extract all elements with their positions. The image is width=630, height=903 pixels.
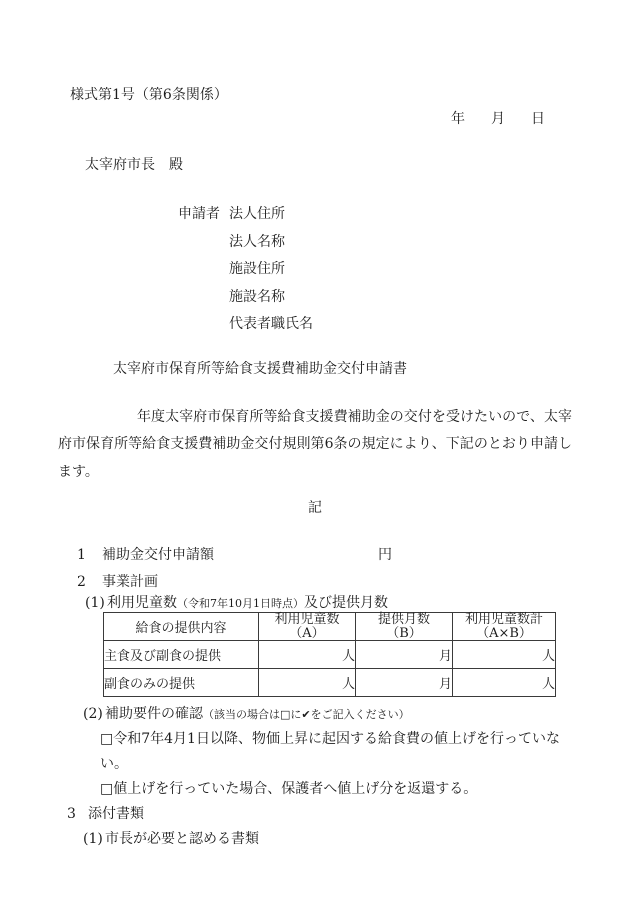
- header-children-total: 利用児童数計 （A×B）: [453, 613, 556, 641]
- item2-number: 2: [77, 569, 102, 596]
- sub3-number: (1): [83, 827, 105, 852]
- row2-months-field[interactable]: 月: [356, 669, 453, 697]
- business-plan-table: 給食の提供内容 利用児童数 （A） 提供月数 （B） 利用児童数計 （A×B）: [103, 612, 556, 697]
- addressee-name: 太宰府市長: [85, 157, 155, 173]
- person-unit-label: 人: [542, 677, 555, 692]
- row2-count-field[interactable]: 人: [259, 669, 356, 697]
- table-header-row: 給食の提供内容 利用児童数 （A） 提供月数 （B） 利用児童数計 （A×B）: [104, 613, 556, 641]
- body-paragraph: 年度太宰府市保育所等給食支援費補助金の交付を受けたいので、太宰府市保育所等給食支…: [58, 404, 572, 487]
- applicant-field-corporate-name: 法人名称: [229, 229, 313, 257]
- subitem-mayor-documents: (1)市長が必要と認める書類: [83, 827, 572, 852]
- checkbox1-label: 令和7年4月1日以降、物価上昇に起因する給食費の値上げを行っていない。: [100, 731, 560, 772]
- person-unit-label: 人: [342, 649, 355, 664]
- month-unit-label: 月: [439, 677, 452, 692]
- month-label: 月: [491, 111, 505, 127]
- applicant-field-corporate-address: 法人住所: [229, 201, 313, 229]
- table-row: 副食のみの提供 人 月 人: [104, 669, 556, 697]
- sub2-label: 補助要件の確認: [105, 706, 203, 722]
- subitem-children-count: (1)利用児童数（令和7年10月1日時点）及び提供月数: [85, 596, 572, 612]
- subitem-requirements-check: (2)補助要件の確認（該当の場合は□に✔をご記入ください）: [83, 702, 572, 727]
- month-unit-label: 月: [439, 649, 452, 664]
- document-title: 太宰府市保育所等給食支援費補助金交付申請書: [113, 360, 572, 378]
- row1-total-field[interactable]: 人: [453, 641, 556, 669]
- row1-count-field[interactable]: 人: [259, 641, 356, 669]
- header-meal-content: 給食の提供内容: [104, 613, 259, 641]
- table-row: 主食及び副食の提供 人 月 人: [104, 641, 556, 669]
- row2-meal-content: 副食のみの提供: [104, 669, 259, 697]
- item1-label: 補助金交付申請額: [102, 547, 214, 563]
- addressee-honorific: 殿: [169, 157, 183, 173]
- sub1-label-before: 利用児童数: [107, 595, 177, 611]
- row1-months-field[interactable]: 月: [356, 641, 453, 669]
- sub2-check-note: （該当の場合は□に✔をご記入ください）: [203, 708, 410, 721]
- record-marker: 記: [58, 499, 572, 517]
- form-number: 様式第1号（第6条関係）: [70, 86, 572, 104]
- yen-unit-label: 円: [378, 547, 392, 563]
- checkbox-icon[interactable]: □: [100, 781, 113, 797]
- item-attached-documents: 3添付書類: [67, 802, 572, 827]
- applicant-block: 申請者 法人住所 法人名称 施設住所 施設名称 代表者職氏名: [178, 201, 572, 339]
- applicant-label: 申請者: [178, 201, 220, 339]
- addressee: 太宰府市長殿: [85, 156, 572, 174]
- row1-meal-content: 主食及び副食の提供: [104, 641, 259, 669]
- person-unit-label: 人: [342, 677, 355, 692]
- sub1-label-after: 及び提供月数: [304, 595, 388, 611]
- item1-number: 1: [77, 542, 102, 569]
- sub2-number: (2): [83, 702, 105, 727]
- applicant-fields: 法人住所 法人名称 施設住所 施設名称 代表者職氏名: [229, 201, 313, 339]
- sub3-label: 市長が必要と認める書類: [105, 831, 259, 847]
- item3-label: 添付書類: [88, 806, 144, 822]
- document-page: 様式第1号（第6条関係） 年月日 太宰府市長殿 申請者 法人住所 法人名称 施設…: [0, 0, 630, 903]
- checkbox2-label: 値上げを行っていた場合、保護者へ値上げ分を返還する。: [113, 781, 477, 797]
- applicant-field-representative: 代表者職氏名: [229, 311, 313, 339]
- checkbox-icon[interactable]: □: [100, 731, 113, 747]
- day-label: 日: [531, 111, 545, 127]
- requirement-checkbox-1: □令和7年4月1日以降、物価上昇に起因する給食費の値上げを行っていない。: [100, 727, 572, 777]
- header-months: 提供月数 （B）: [356, 613, 453, 641]
- item2-label: 事業計画: [102, 574, 158, 590]
- person-unit-label: 人: [542, 649, 555, 664]
- applicant-field-facility-name: 施設名称: [229, 284, 313, 312]
- header-children-count: 利用児童数 （A）: [259, 613, 356, 641]
- sub1-number: (1): [85, 596, 107, 611]
- sub1-date-note: （令和7年10月1日時点）: [177, 597, 304, 610]
- item-business-plan: 2事業計画: [77, 569, 572, 596]
- row2-total-field[interactable]: 人: [453, 669, 556, 697]
- item-application-amount: 1補助金交付申請額円: [77, 542, 572, 569]
- year-label: 年: [451, 111, 465, 127]
- requirement-checkbox-2: □値上げを行っていた場合、保護者へ値上げ分を返還する。: [100, 777, 572, 802]
- amount-blank-field[interactable]: [214, 545, 378, 559]
- item3-number: 3: [67, 802, 88, 827]
- applicant-field-facility-address: 施設住所: [229, 256, 313, 284]
- date-line: 年月日: [58, 110, 572, 128]
